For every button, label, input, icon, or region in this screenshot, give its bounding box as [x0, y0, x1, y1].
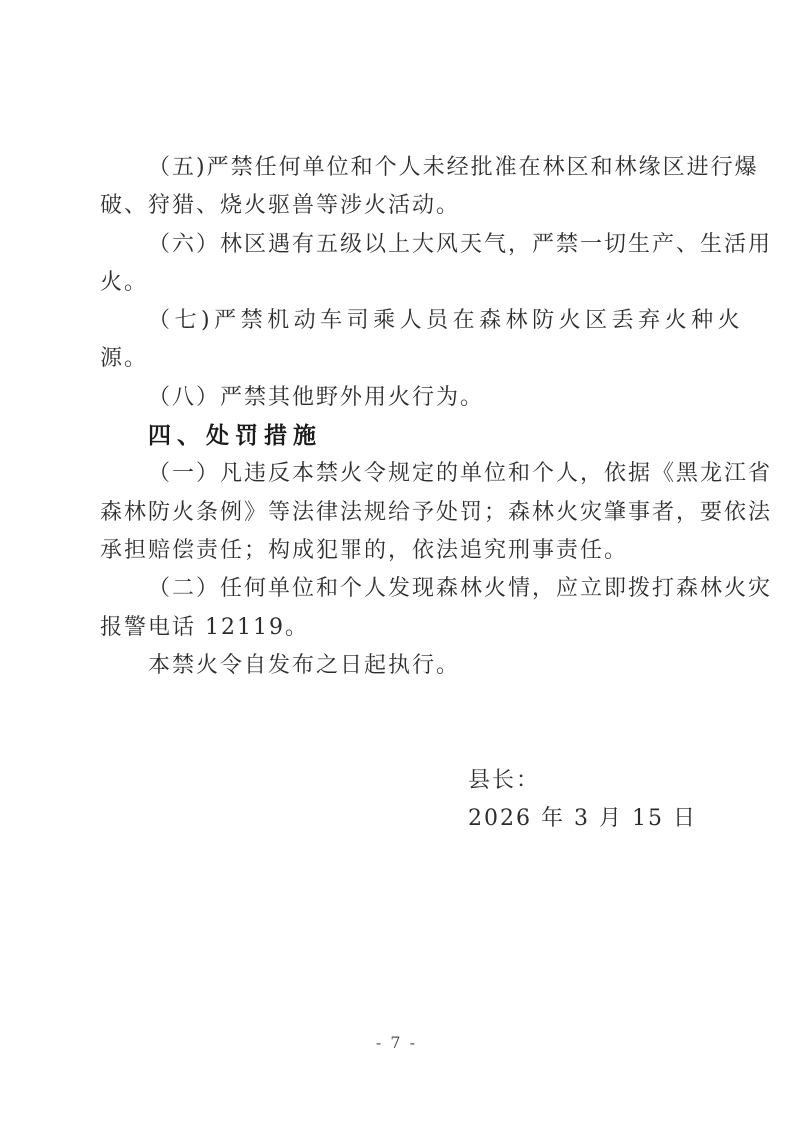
effective-line: 本禁火令自发布之日起执行。 — [100, 647, 793, 685]
spacer-line — [100, 685, 793, 723]
penalty-1-line-2: 森林防火条例》等法律法规给予处罚；森林火灾肇事者，要依法 — [100, 494, 793, 532]
clause-8-line-1: （八）严禁其他野外用火行为。 — [100, 379, 793, 417]
clause-5-line-2: 破、狩猎、烧火驱兽等涉火活动。 — [100, 187, 793, 225]
document-page: （五)严禁任何单位和个人未经批准在林区和林缘区进行爆破、狩猎、烧火驱兽等涉火活动… — [0, 0, 793, 1122]
document-body: （五)严禁任何单位和个人未经批准在林区和林缘区进行爆破、狩猎、烧火驱兽等涉火活动… — [100, 149, 793, 838]
page-number: - 7 - — [0, 1033, 793, 1052]
clause-7-line-2: 源。 — [100, 340, 793, 378]
penalty-2-line-1: （二）任何单位和个人发现森林火情，应立即拨打森林火灾 — [100, 570, 793, 608]
clause-6-line-2: 火。 — [100, 264, 793, 302]
issue-date-line: 2026 年 3 月 15 日 — [100, 800, 793, 838]
section-heading: 四、处罚措施 — [100, 417, 793, 455]
clause-7-line-1: （七)严禁机动车司乘人员在森林防火区丢弃火种火 — [100, 302, 793, 340]
penalty-1-line-1: （一）凡违反本禁火令规定的单位和个人，依据《黑龙江省 — [100, 455, 793, 493]
clause-5-line-1: （五)严禁任何单位和个人未经批准在林区和林缘区进行爆 — [100, 149, 793, 187]
spacer-line — [100, 723, 793, 761]
penalty-2-line-2: 报警电话 12119。 — [100, 609, 793, 647]
signer-title-line: 县长： — [100, 762, 793, 800]
penalty-1-line-3: 承担赔偿责任；构成犯罪的，依法追究刑事责任。 — [100, 532, 793, 570]
clause-6-line-1: （六）林区遇有五级以上大风天气，严禁一切生产、生活用 — [100, 226, 793, 264]
